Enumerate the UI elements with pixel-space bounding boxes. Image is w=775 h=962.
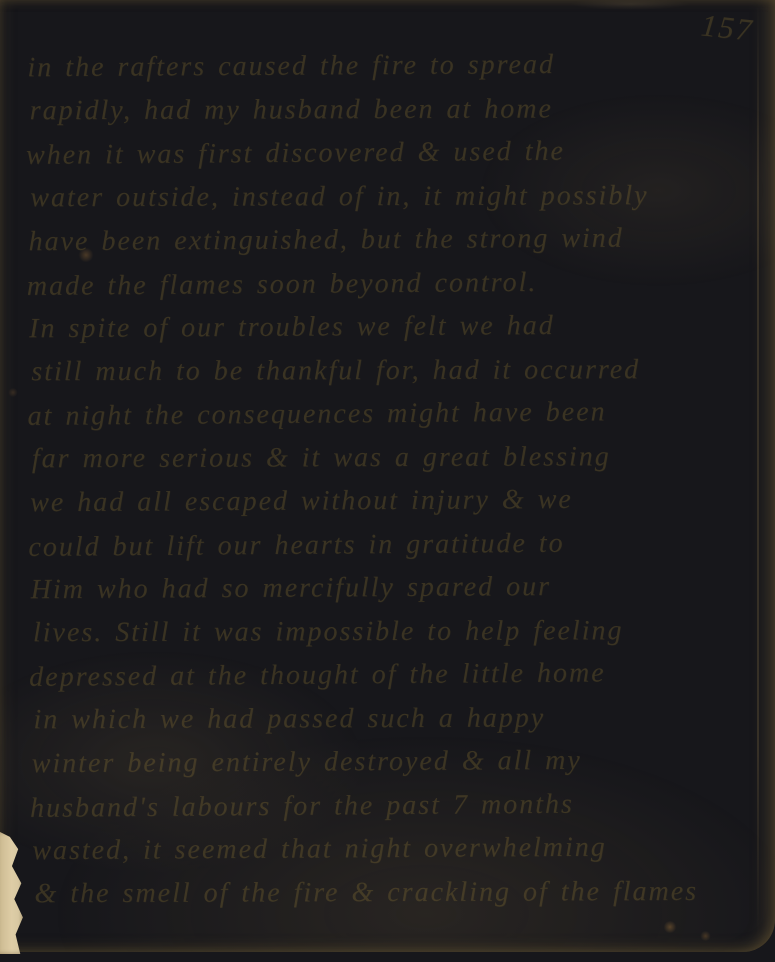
photo-backdrop: 157 in the rafters caused the fire to sp… <box>0 0 775 962</box>
foxing-spot <box>8 388 18 397</box>
manuscript-line: have been extinguished, but the strong w… <box>28 216 768 264</box>
manuscript-line: at night the consequences might have bee… <box>27 389 767 438</box>
manuscript-line: still much to be thankful for, had it oc… <box>31 347 771 393</box>
manuscript-line: in the rafters caused the fire to spread <box>27 42 767 90</box>
manuscript-line: wasted, it seemed that night overwhelmin… <box>32 825 772 873</box>
manuscript-line: Him who had so mercifully spared our <box>31 564 771 612</box>
manuscript-line: when it was first discovered & used the <box>26 128 766 177</box>
manuscript-line: & the smell of the fire & crackling of t… <box>34 869 774 915</box>
manuscript-line: depressed at the thought of the little h… <box>29 650 769 699</box>
manuscript-line: In spite of our troubles we felt we had <box>29 303 769 351</box>
manuscript-text: in the rafters caused the fire to spread… <box>27 42 772 917</box>
manuscript-line: winter being entirely destroyed & all my <box>32 738 772 786</box>
foxing-spot <box>700 931 711 941</box>
manuscript-line: could but lift our hearts in gratitude t… <box>28 520 768 569</box>
smudge-mark <box>570 0 690 10</box>
manuscript-line: husband's labours for the past 7 months <box>30 781 770 830</box>
page-edge-crease <box>757 0 759 938</box>
manuscript-line: water outside, instead of in, it might p… <box>30 173 770 219</box>
journal-page: 157 in the rafters caused the fire to sp… <box>0 0 775 952</box>
manuscript-line: made the flames soon beyond control. <box>27 259 767 308</box>
manuscript-line: lives. Still it was impossible to help f… <box>33 608 773 654</box>
manuscript-line: far more serious & it was a great blessi… <box>32 434 772 480</box>
manuscript-line: in which we had passed such a happy <box>33 695 773 741</box>
manuscript-line: rapidly, had my husband been at home <box>30 86 770 132</box>
manuscript-line: we had all escaped without injury & we <box>30 477 770 525</box>
foxing-spot <box>663 921 677 933</box>
